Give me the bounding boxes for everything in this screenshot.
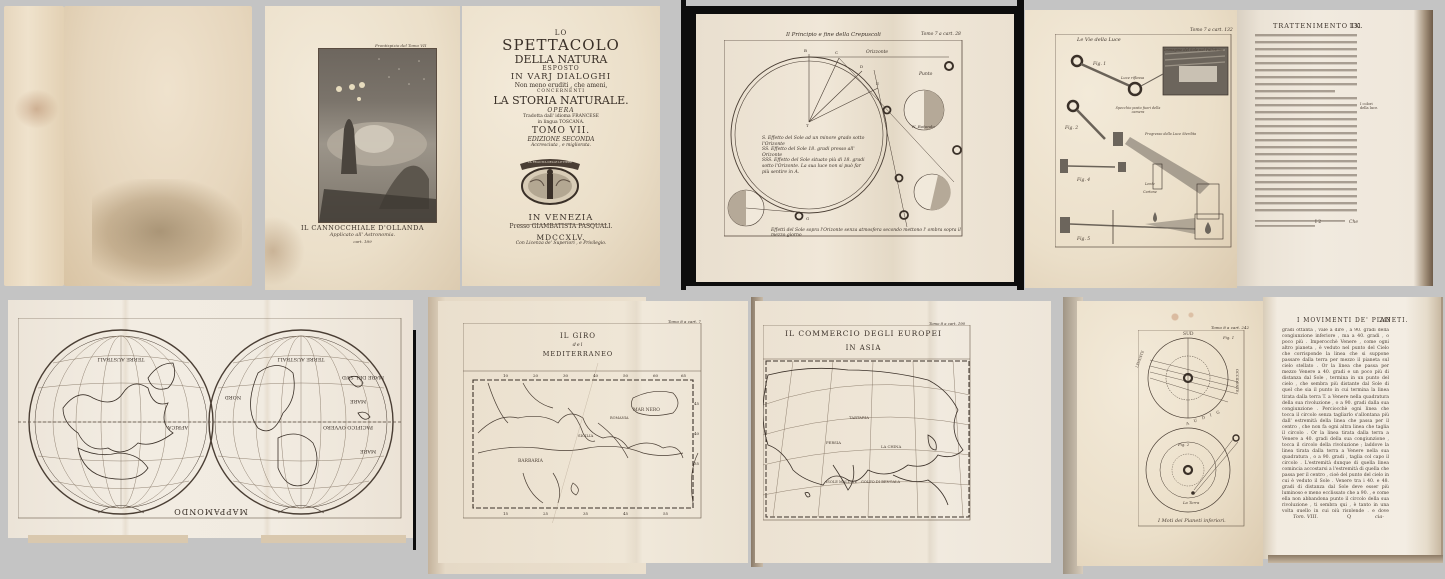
- panel-title-page: LO SPETTACOLO DELLA NATURA ESPOSTO IN VA…: [462, 6, 660, 286]
- panel-frontispiece: Frontispizio del Tomo VII IL CANNOCCHIAL…: [265, 6, 460, 290]
- page-bottom-edge: [1268, 555, 1443, 563]
- light-plate-page-ref: Tomo 7 a cart. 132: [1190, 28, 1233, 33]
- book-spine: [4, 6, 64, 286]
- title-page-text: LO SPETTACOLO DELLA NATURA ESPOSTO IN VA…: [462, 30, 660, 149]
- signature-mark: Q: [1347, 514, 1351, 520]
- twilight-page-ref: Tomo 7 a cart. 28: [921, 32, 961, 37]
- panel-text-movimenti: I MOVIMENTI DE' PIANETI. 243 gradi ottan…: [1263, 297, 1445, 569]
- running-head: I MOVIMENTI DE' PIANETI.: [1297, 317, 1408, 324]
- nadir-label: N. Rotondo: [912, 124, 935, 129]
- title-line-dialoghi: IN VARJ DIALOGHI: [462, 73, 660, 82]
- planets-fig-2: Fig. 2: [1178, 442, 1189, 447]
- divider-bar: [1017, 0, 1024, 290]
- panel-book-cover: [2, 4, 254, 288]
- svg-text:60: 60: [653, 373, 659, 378]
- map-sheet-edge: [261, 535, 406, 543]
- panel-planets-plate: Tomo 8 a cart. 242 SUD Fig. 1 Fig. 2 LEV…: [1063, 297, 1263, 574]
- title-line-storia-naturale: LA STORIA NATURALE.: [462, 95, 660, 106]
- svg-text:25: 25: [543, 511, 549, 516]
- twilight-legend: S. Effetto del Sole ad un minore grado s…: [762, 136, 867, 175]
- svg-text:MARE: MARE: [350, 398, 366, 404]
- light-diagram: [1055, 34, 1233, 254]
- fig-label-5: Fig. 5: [1077, 237, 1090, 242]
- map-sheet-edge: [28, 535, 188, 543]
- label-mar-nero: MAR NERO: [633, 408, 660, 413]
- svg-text:TERRE AUSTRALI: TERRE AUSTRALI: [277, 356, 324, 362]
- legend-line: S. Effetto del Sole ad un minore grado s…: [762, 136, 867, 147]
- panel-text-trattenimento: TRATTENIMENTO IX. 131 I colori della luc…: [1237, 10, 1433, 286]
- svg-text:35: 35: [583, 511, 589, 516]
- title-line-tomo: TOMO VII.: [462, 127, 660, 136]
- svg-text:C: C: [835, 50, 838, 55]
- twilight-footer: Effetti del Sole sopra l'Orizonte senza …: [771, 228, 961, 238]
- zenith-label: Punto: [919, 72, 932, 77]
- label-tartaria: TARTARIA: [849, 415, 869, 420]
- planets-earth-label: La Terra: [1183, 500, 1199, 505]
- mediterranean-map-graphic: 10203040506065 1525354555 454035: [463, 323, 703, 523]
- imprint-city: IN VENEZIA: [462, 214, 660, 223]
- svg-text:50: 50: [623, 373, 629, 378]
- planets-top-label: SUD: [1183, 332, 1193, 337]
- light-inset-title: Immagine del Sole nel Pallottino: [1164, 48, 1223, 52]
- imprint-license: Con Licenza de' Superiori , e Privilegio…: [462, 242, 660, 247]
- water-stain: [92, 179, 242, 284]
- svg-text:PACIFICO OVVERO: PACIFICO OVVERO: [323, 424, 373, 430]
- imprint-year: MDCCXLV.: [462, 234, 660, 242]
- panel-twilight-plate: Il Principio e fine della Crepuscoli Tom…: [686, 6, 1020, 286]
- title-line-tradotta: Tradotta dall' idioma FRANCESE: [462, 115, 660, 120]
- svg-text:MARE DEL SUD: MARE DEL SUD: [342, 374, 384, 380]
- title-line-spettacolo: SPETTACOLO: [462, 38, 660, 53]
- title-line-della-natura: DELLA NATURA: [462, 54, 660, 65]
- foxing-stain: [265, 216, 305, 286]
- fig-label-1: Fig. 1: [1093, 62, 1106, 67]
- svg-text:40: 40: [593, 373, 599, 378]
- label-maldive: ISOLE MALDIVE: [826, 480, 857, 484]
- asia-map-graphic: [763, 325, 973, 525]
- imprint: IN VENEZIA Presso GIAMBATISTA PASQUALI. …: [462, 214, 660, 247]
- world-map-title: MAPPAMONDO: [158, 507, 263, 516]
- svg-text:TERRE AUSTRALI: TERRE AUSTRALI: [97, 356, 144, 362]
- label-romania: ROMANIA: [610, 416, 629, 420]
- svg-text:65: 65: [681, 373, 687, 378]
- page-number: 243: [1379, 317, 1390, 324]
- svg-text:E: E: [876, 81, 879, 86]
- page-number: 131: [1349, 22, 1361, 30]
- label-lente: Lente: [1145, 182, 1155, 186]
- label-sicilia: SICILIA: [578, 433, 593, 438]
- legend-line: SSS. Effetto del Sole situato più di 18.…: [762, 158, 867, 175]
- panel-mediterranean-map: Tomo 8 a cart. 7 IL GIRO del MEDITERRANE…: [428, 297, 750, 574]
- title-line-toscana: in lingua TOSCANA.: [462, 121, 660, 126]
- planets-fig-1: Fig. 1: [1223, 335, 1234, 340]
- frontispiece-engraving: [318, 48, 437, 223]
- panel-world-map: TERRE AUSTRALI TERRE AUSTRALI MARE DEL S…: [8, 300, 413, 545]
- body-text-block: [1255, 34, 1357, 230]
- catchword: cia-: [1375, 514, 1384, 520]
- panel-light-plate: Tomo 7 a cart. 132 Le Vie della Luce Imm…: [1025, 10, 1237, 288]
- panel-asia-map: Tomo 8 a cart. 190 IL COMMERCIO DEGLI EU…: [751, 297, 1057, 567]
- label-persia: PERSIA: [826, 440, 841, 445]
- legend-line: SS. Effetto del Sole 18. gradi presso al…: [762, 147, 867, 158]
- printer-device: LA FELICITA DELLE LETTERE: [514, 156, 586, 208]
- svg-text:MARE: MARE: [360, 448, 376, 454]
- title-rule: [517, 224, 607, 225]
- svg-text:55: 55: [663, 511, 669, 516]
- svg-text:40: 40: [694, 431, 700, 436]
- horizon-label: Orizzonte: [866, 50, 888, 55]
- label-bengala: GOLFO DI BENGALA: [861, 480, 900, 484]
- world-map-hemispheres: TERRE AUSTRALI TERRE AUSTRALI MARE DEL S…: [18, 318, 403, 523]
- foxing-spots: [1163, 307, 1203, 327]
- divider-bar: [413, 330, 416, 550]
- svg-text:NORD: NORD: [225, 394, 241, 400]
- svg-text:45: 45: [694, 401, 700, 406]
- title-line-eruditi: Non meno eruditi , che ameni,: [462, 83, 660, 89]
- twilight-title: Il Principio e fine della Crepuscoli: [786, 32, 881, 38]
- label-barbaria: BARBARIA: [518, 459, 543, 464]
- label-specchio: Specchio posto fuori della camera: [1115, 106, 1161, 114]
- spine-label-stain: [14, 89, 59, 129]
- svg-text:30: 30: [563, 373, 569, 378]
- planets-caption: I Moti dei Pianeti inferiori.: [1158, 518, 1226, 524]
- signature-volume: Tom. VIII.: [1293, 514, 1318, 520]
- label-cartone: Cartone: [1143, 190, 1157, 194]
- svg-text:20: 20: [533, 373, 539, 378]
- fig-label-4: Fig. 4: [1077, 178, 1090, 183]
- margin-note: I colori della luce.: [1360, 102, 1382, 110]
- label-luce-riflessa: Luce riflessa: [1121, 76, 1144, 80]
- svg-text:10: 10: [503, 373, 509, 378]
- svg-text:G: G: [806, 216, 809, 221]
- svg-text:T: T: [806, 123, 809, 128]
- title-line-accresciuta: Accresciuta , e migliorata.: [462, 144, 660, 149]
- svg-text:45: 45: [623, 511, 629, 516]
- svg-text:B: B: [804, 48, 807, 53]
- svg-text:AFRICA: AFRICA: [167, 424, 189, 430]
- fig-label-2: Fig. 2: [1065, 126, 1078, 131]
- svg-text:D: D: [860, 64, 863, 69]
- body-text: gradi ottanta , vale a dire , a 90. grad…: [1282, 328, 1389, 512]
- label-china: LA CHINA: [881, 444, 901, 449]
- planets-side-label-right: OCCIDENTE: [1235, 369, 1239, 393]
- label-progresso: Progresso della Luce Sterilita: [1145, 132, 1196, 136]
- catchword: Che: [1349, 220, 1358, 225]
- svg-text:35: 35: [694, 461, 700, 466]
- svg-text:15: 15: [503, 511, 509, 516]
- device-motto: LA FELICITA DELLE LETTERE: [518, 160, 582, 164]
- signature-mark: I 2: [1315, 220, 1321, 225]
